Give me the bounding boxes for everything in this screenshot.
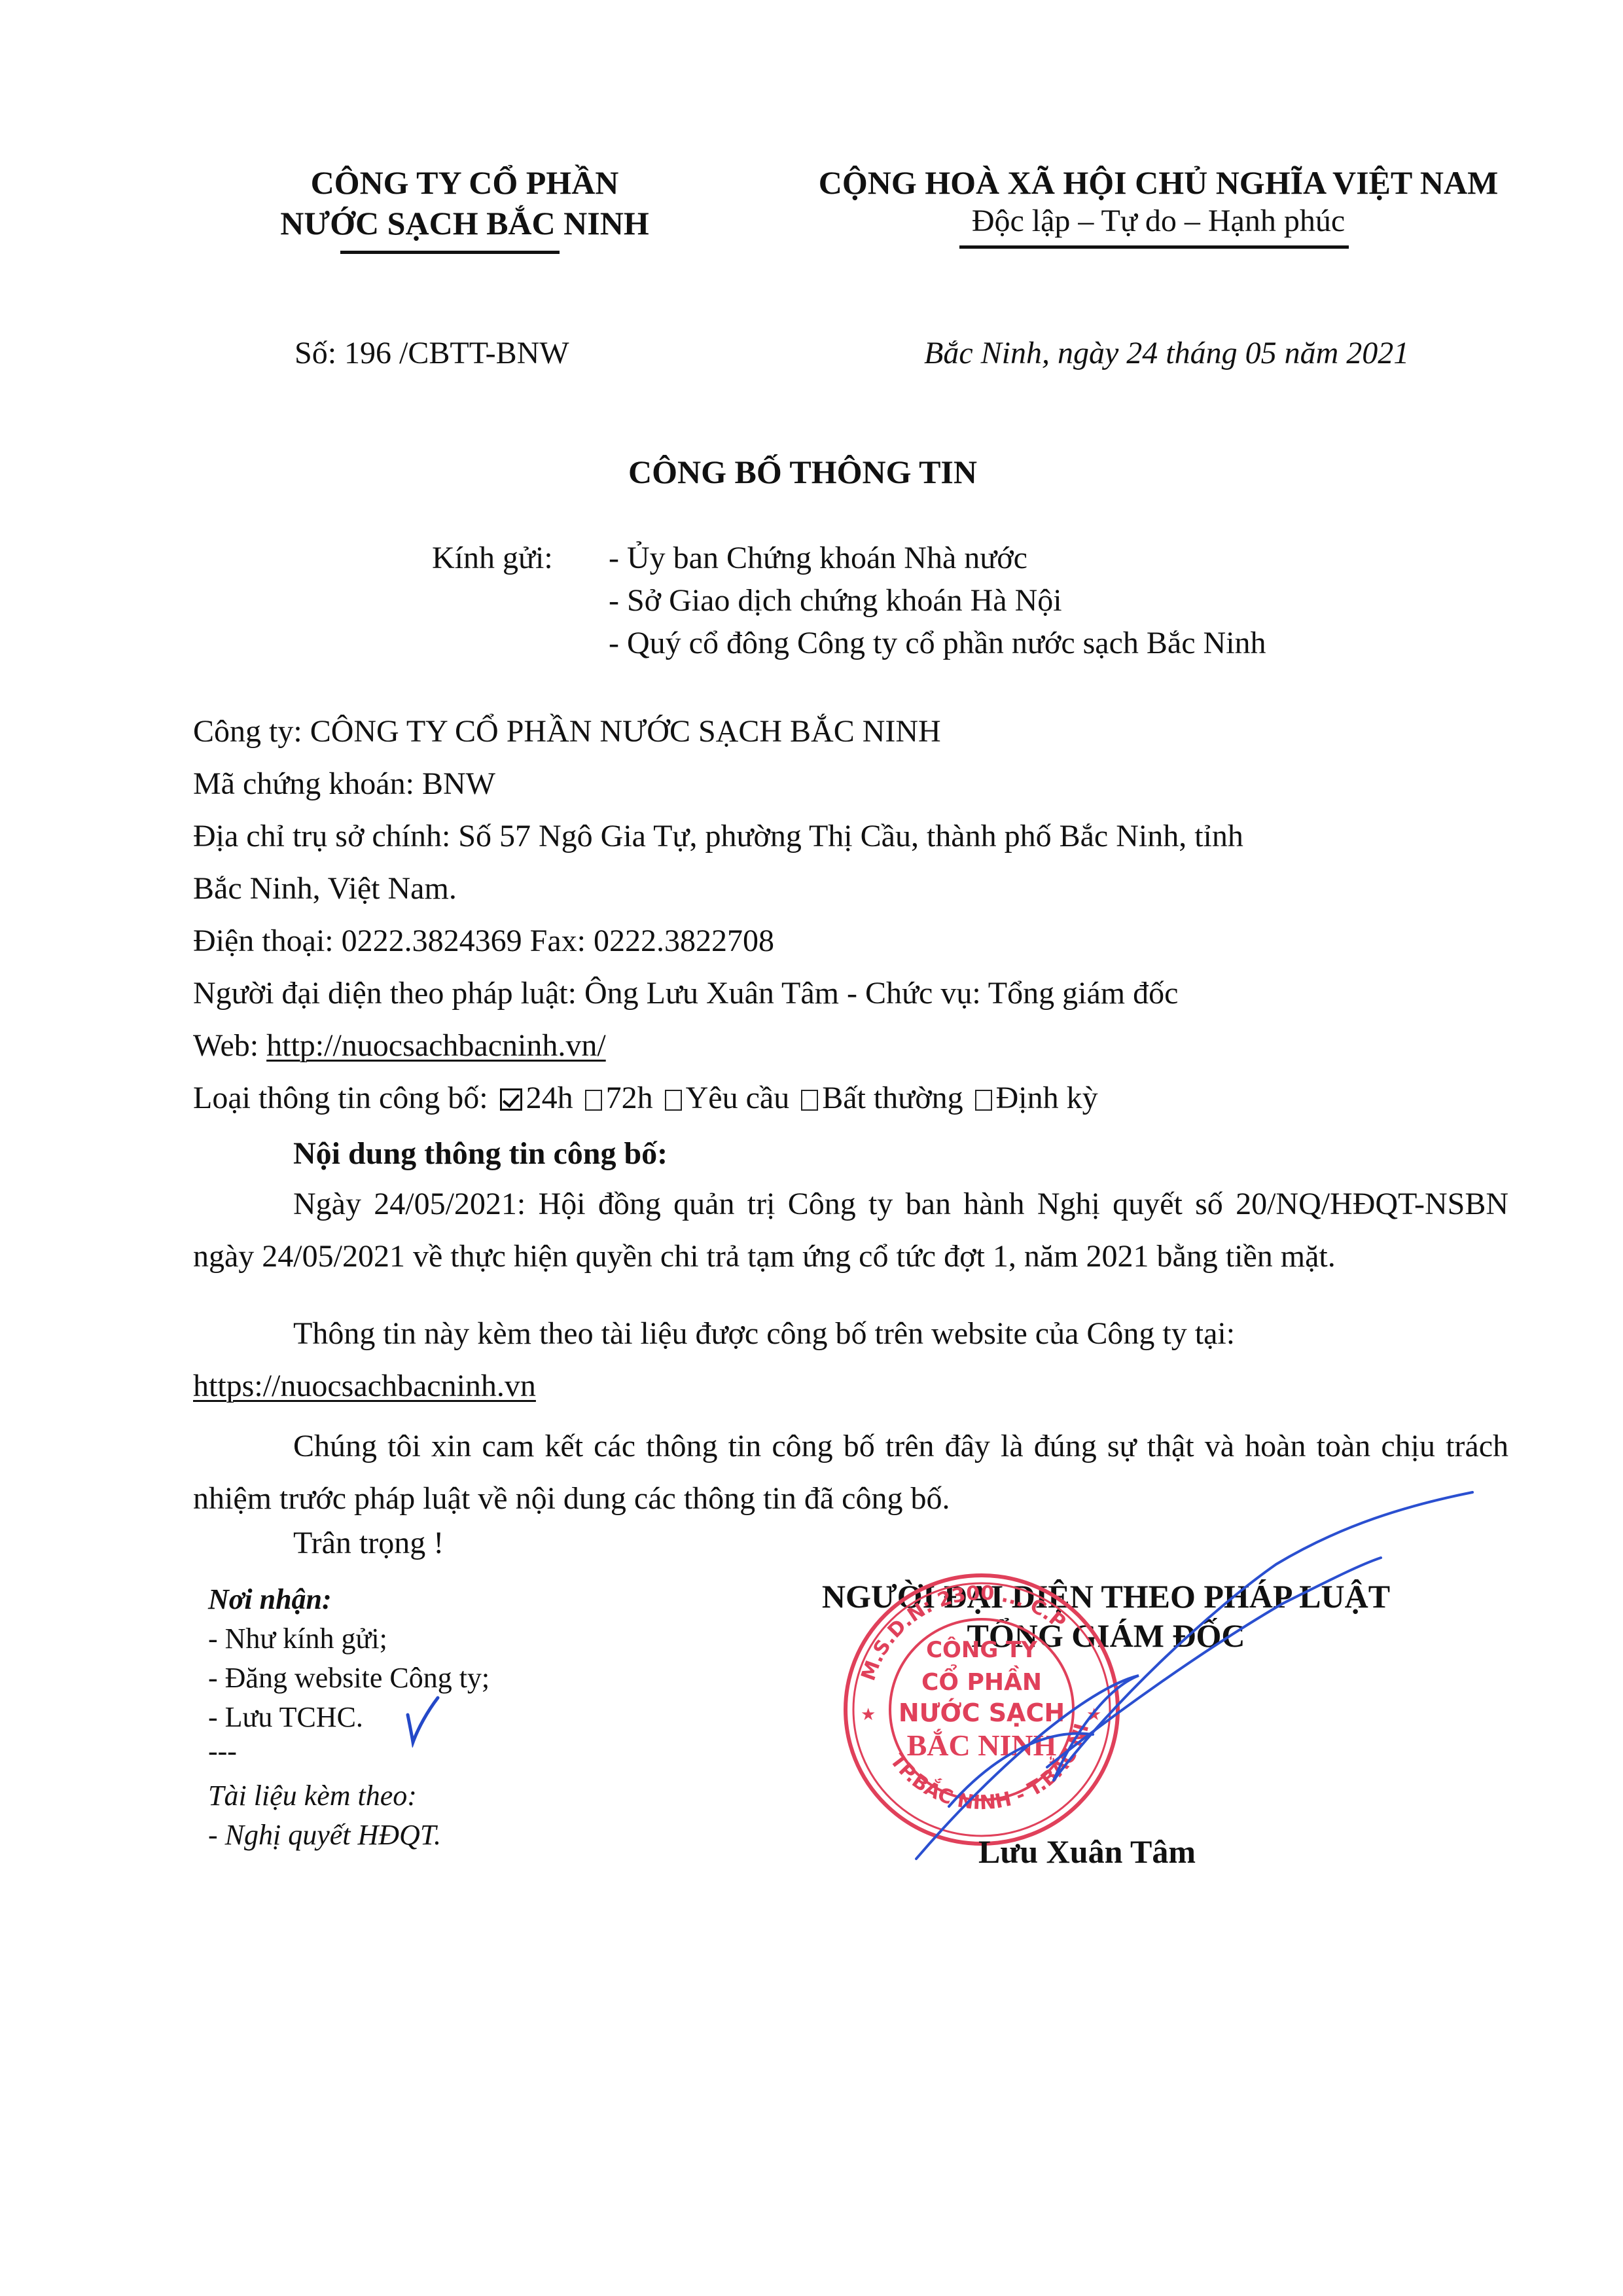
checkbox-24h[interactable] bbox=[500, 1088, 522, 1111]
national-title: CỘNG HOÀ XÃ HỘI CHỦ NGHĨA VIỆT NAM bbox=[792, 164, 1525, 202]
attachment-item: - Nghị quyết HĐQT. bbox=[208, 1818, 441, 1852]
web-label: Web: bbox=[193, 1028, 266, 1063]
signatory-name: Lưu Xuân Tâm bbox=[978, 1833, 1196, 1871]
disclosure-type-label: Loại thông tin công bố: bbox=[193, 1081, 488, 1115]
attachments-label: Tài liệu kèm theo: bbox=[208, 1779, 417, 1812]
national-motto: Độc lập – Tự do – Hạnh phúc bbox=[792, 203, 1525, 239]
company-name-line1: CÔNG TY CỔ PHẦN bbox=[216, 164, 713, 202]
option-label-extraordinary: Bất thường bbox=[822, 1081, 963, 1115]
web-link[interactable]: http://nuocsachbacninh.vn/ bbox=[266, 1028, 606, 1063]
motto-underline bbox=[959, 245, 1349, 249]
web-row: Web: http://nuocsachbacninh.vn/ bbox=[193, 1028, 606, 1064]
distribution-item: - Lưu TCHC. bbox=[208, 1700, 363, 1734]
recipient-item: - Sở Giao dịch chứng khoán Hà Nội bbox=[609, 583, 1062, 619]
tick-mark-icon bbox=[402, 1695, 442, 1748]
recipients-label: Kính gửi: bbox=[432, 540, 553, 576]
company-stamp-icon: M.S.D.N: 2300 ... C.P TP.BẮC NINH - T.BẮ… bbox=[834, 1564, 1142, 1852]
address-line1: Địa chỉ trụ sở chính: Số 57 Ngô Gia Tự, … bbox=[193, 818, 1243, 854]
svg-text:BẮC NINH: BẮC NINH bbox=[907, 1728, 1057, 1762]
svg-text:CÔNG TY: CÔNG TY bbox=[926, 1636, 1037, 1663]
checkbox-72h[interactable] bbox=[585, 1090, 602, 1111]
company-field: Công ty: CÔNG TY CỔ PHẦN NƯỚC SẠCH BẮC N… bbox=[193, 713, 941, 749]
distribution-item: - Như kính gửi; bbox=[208, 1622, 387, 1655]
content-paragraph-2: Thông tin này kèm theo tài liệu được côn… bbox=[293, 1316, 1235, 1352]
recipient-item: - Ủy ban Chứng khoán Nhà nước bbox=[609, 540, 1027, 576]
company-underline bbox=[340, 251, 560, 254]
closing-remark: Trân trọng ! bbox=[293, 1525, 444, 1561]
svg-text:CỔ PHẦN: CỔ PHẦN bbox=[921, 1664, 1042, 1696]
checkbox-periodic[interactable] bbox=[975, 1090, 992, 1111]
option-label-72h: 72h bbox=[606, 1081, 653, 1115]
disclosure-type-row: Loại thông tin công bố: 24h 72h Yêu cầu … bbox=[193, 1080, 1098, 1116]
separator: --- bbox=[208, 1734, 237, 1768]
website-link[interactable]: https://nuocsachbacninh.vn bbox=[193, 1368, 536, 1404]
option-label-request: Yêu cầu bbox=[686, 1081, 790, 1115]
place-date: Bắc Ninh, ngày 24 tháng 05 năm 2021 bbox=[924, 335, 1409, 371]
svg-text:★: ★ bbox=[1086, 1705, 1101, 1725]
svg-text:NƯỚC SẠCH: NƯỚC SẠCH bbox=[899, 1698, 1065, 1727]
address-line2: Bắc Ninh, Việt Nam. bbox=[193, 870, 457, 906]
company-name-line2: NƯỚC SẠCH BẮC NINH bbox=[216, 204, 713, 242]
svg-text:★: ★ bbox=[861, 1705, 876, 1725]
distribution-label: Nơi nhận: bbox=[208, 1583, 332, 1616]
ticker-field: Mã chứng khoán: BNW bbox=[193, 766, 495, 802]
distribution-item: - Đăng website Công ty; bbox=[208, 1661, 490, 1695]
content-paragraph-3: Chúng tôi xin cam kết các thông tin công… bbox=[193, 1420, 1508, 1525]
phone-fax: Điện thoại: 0222.3824369 Fax: 0222.38227… bbox=[193, 923, 774, 959]
option-label-periodic: Định kỳ bbox=[996, 1081, 1098, 1115]
option-label-24h: 24h bbox=[526, 1081, 573, 1115]
checkbox-request[interactable] bbox=[665, 1090, 682, 1111]
document-number: Số: 196 /CBTT-BNW bbox=[294, 335, 569, 371]
recipient-item: - Quý cổ đông Công ty cổ phần nước sạch … bbox=[609, 625, 1266, 661]
document-title: CÔNG BỐ THÔNG TIN bbox=[628, 453, 977, 491]
checkbox-extraordinary[interactable] bbox=[801, 1090, 818, 1111]
content-paragraph-1: Ngày 24/05/2021: Hội đồng quản trị Công … bbox=[193, 1178, 1508, 1283]
legal-representative: Người đại diện theo pháp luật: Ông Lưu X… bbox=[193, 975, 1178, 1011]
content-heading: Nội dung thông tin công bố: bbox=[293, 1136, 668, 1172]
